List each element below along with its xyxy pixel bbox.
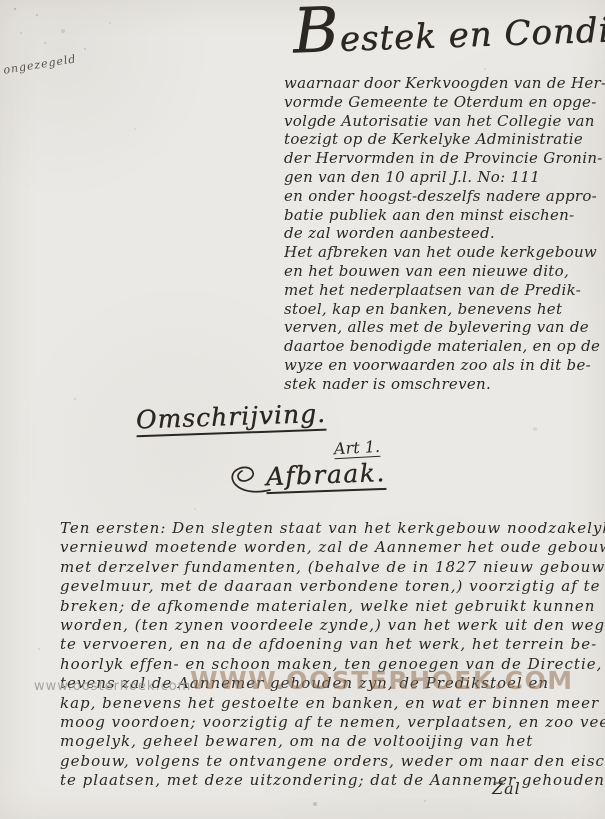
- intro-line: wyze en voorwaarden zoo als in dit be-: [284, 356, 605, 375]
- article-title: Afbraak.: [265, 458, 386, 494]
- section-heading: Omschrijving.: [135, 399, 326, 438]
- margin-note: ongezegeld: [2, 52, 77, 76]
- intro-paragraph: waarnaar door Kerkvoogden van de Her- vo…: [284, 74, 605, 394]
- body-line: te plaatsen, met deze uitzondering; dat …: [60, 771, 605, 790]
- intro-line: der Hervormden in de Provincie Gronin-: [284, 149, 605, 168]
- body-line: Ten eersten: Den slegten staat van het k…: [60, 519, 605, 538]
- intro-line: daartoe benodigde materialen, en op de: [284, 337, 605, 356]
- body-line: breken; de afkomende materialen, welke n…: [60, 597, 605, 616]
- intro-line: volgde Autorisatie van het Collegie van: [284, 112, 605, 131]
- document-title: Bestek en Conditiën,: [292, 1, 604, 62]
- catchword: Zal: [492, 779, 521, 798]
- body-line: worden, (ten zynen voordeele zynde,) van…: [60, 616, 605, 635]
- body-line: gevelmuur, met de daaraan verbondene tor…: [60, 577, 605, 596]
- intro-line: gen van den 10 april J.l. No: 111: [284, 168, 605, 187]
- paper-texture: [14, 8, 16, 10]
- intro-line: batie publiek aan den minst eischen-: [284, 206, 605, 225]
- body-line: moog voordoen; voorzigtig af te nemen, v…: [60, 713, 605, 732]
- intro-line: met het nederplaatsen van de Predik-: [284, 281, 605, 300]
- body-line: te vervoeren, en na de afdoening van het…: [60, 635, 605, 654]
- body-line: mogelyk, geheel bewaren, om na de voltoo…: [60, 732, 605, 751]
- watermark-small: www.oosterhoek.com: [34, 679, 191, 694]
- intro-line: waarnaar door Kerkvoogden van de Her-: [284, 74, 605, 93]
- intro-line: vormde Gemeente te Oterdum en opge-: [284, 93, 605, 112]
- intro-line: Het afbreken van het oude kerkgebouw: [284, 243, 605, 262]
- body-paragraph: Ten eersten: Den slegten staat van het k…: [60, 519, 605, 791]
- body-line: gebouw, volgens te ontvangene orders, we…: [60, 752, 605, 771]
- intro-line: en het bouwen van een nieuwe dito,: [284, 262, 605, 281]
- body-line: vernieuwd moetende worden, zal de Aannem…: [60, 538, 605, 557]
- intro-line: verven, alles met de bylevering van de: [284, 318, 605, 337]
- body-line: met derzelver fundamenten, (behalve de i…: [60, 558, 605, 577]
- intro-line: de zal worden aanbesteed.: [284, 224, 605, 243]
- body-line: kap, benevens het gestoelte en banken, e…: [60, 694, 605, 713]
- intro-line: toezigt op de Kerkelyke Administratie: [284, 130, 605, 149]
- intro-line: stek nader is omschreven.: [284, 375, 605, 394]
- manuscript-page: ongezegeld Bestek en Conditiën, waarnaar…: [0, 0, 605, 819]
- intro-line: en onder hoogst-deszelfs nadere appro-: [284, 187, 605, 206]
- watermark-large: WWW.OOSTERHOEK.COM: [190, 666, 574, 695]
- intro-line: stoel, kap en banken, benevens het: [284, 300, 605, 319]
- article-number: Art 1.: [334, 437, 381, 459]
- flourish-ornament: [222, 460, 272, 504]
